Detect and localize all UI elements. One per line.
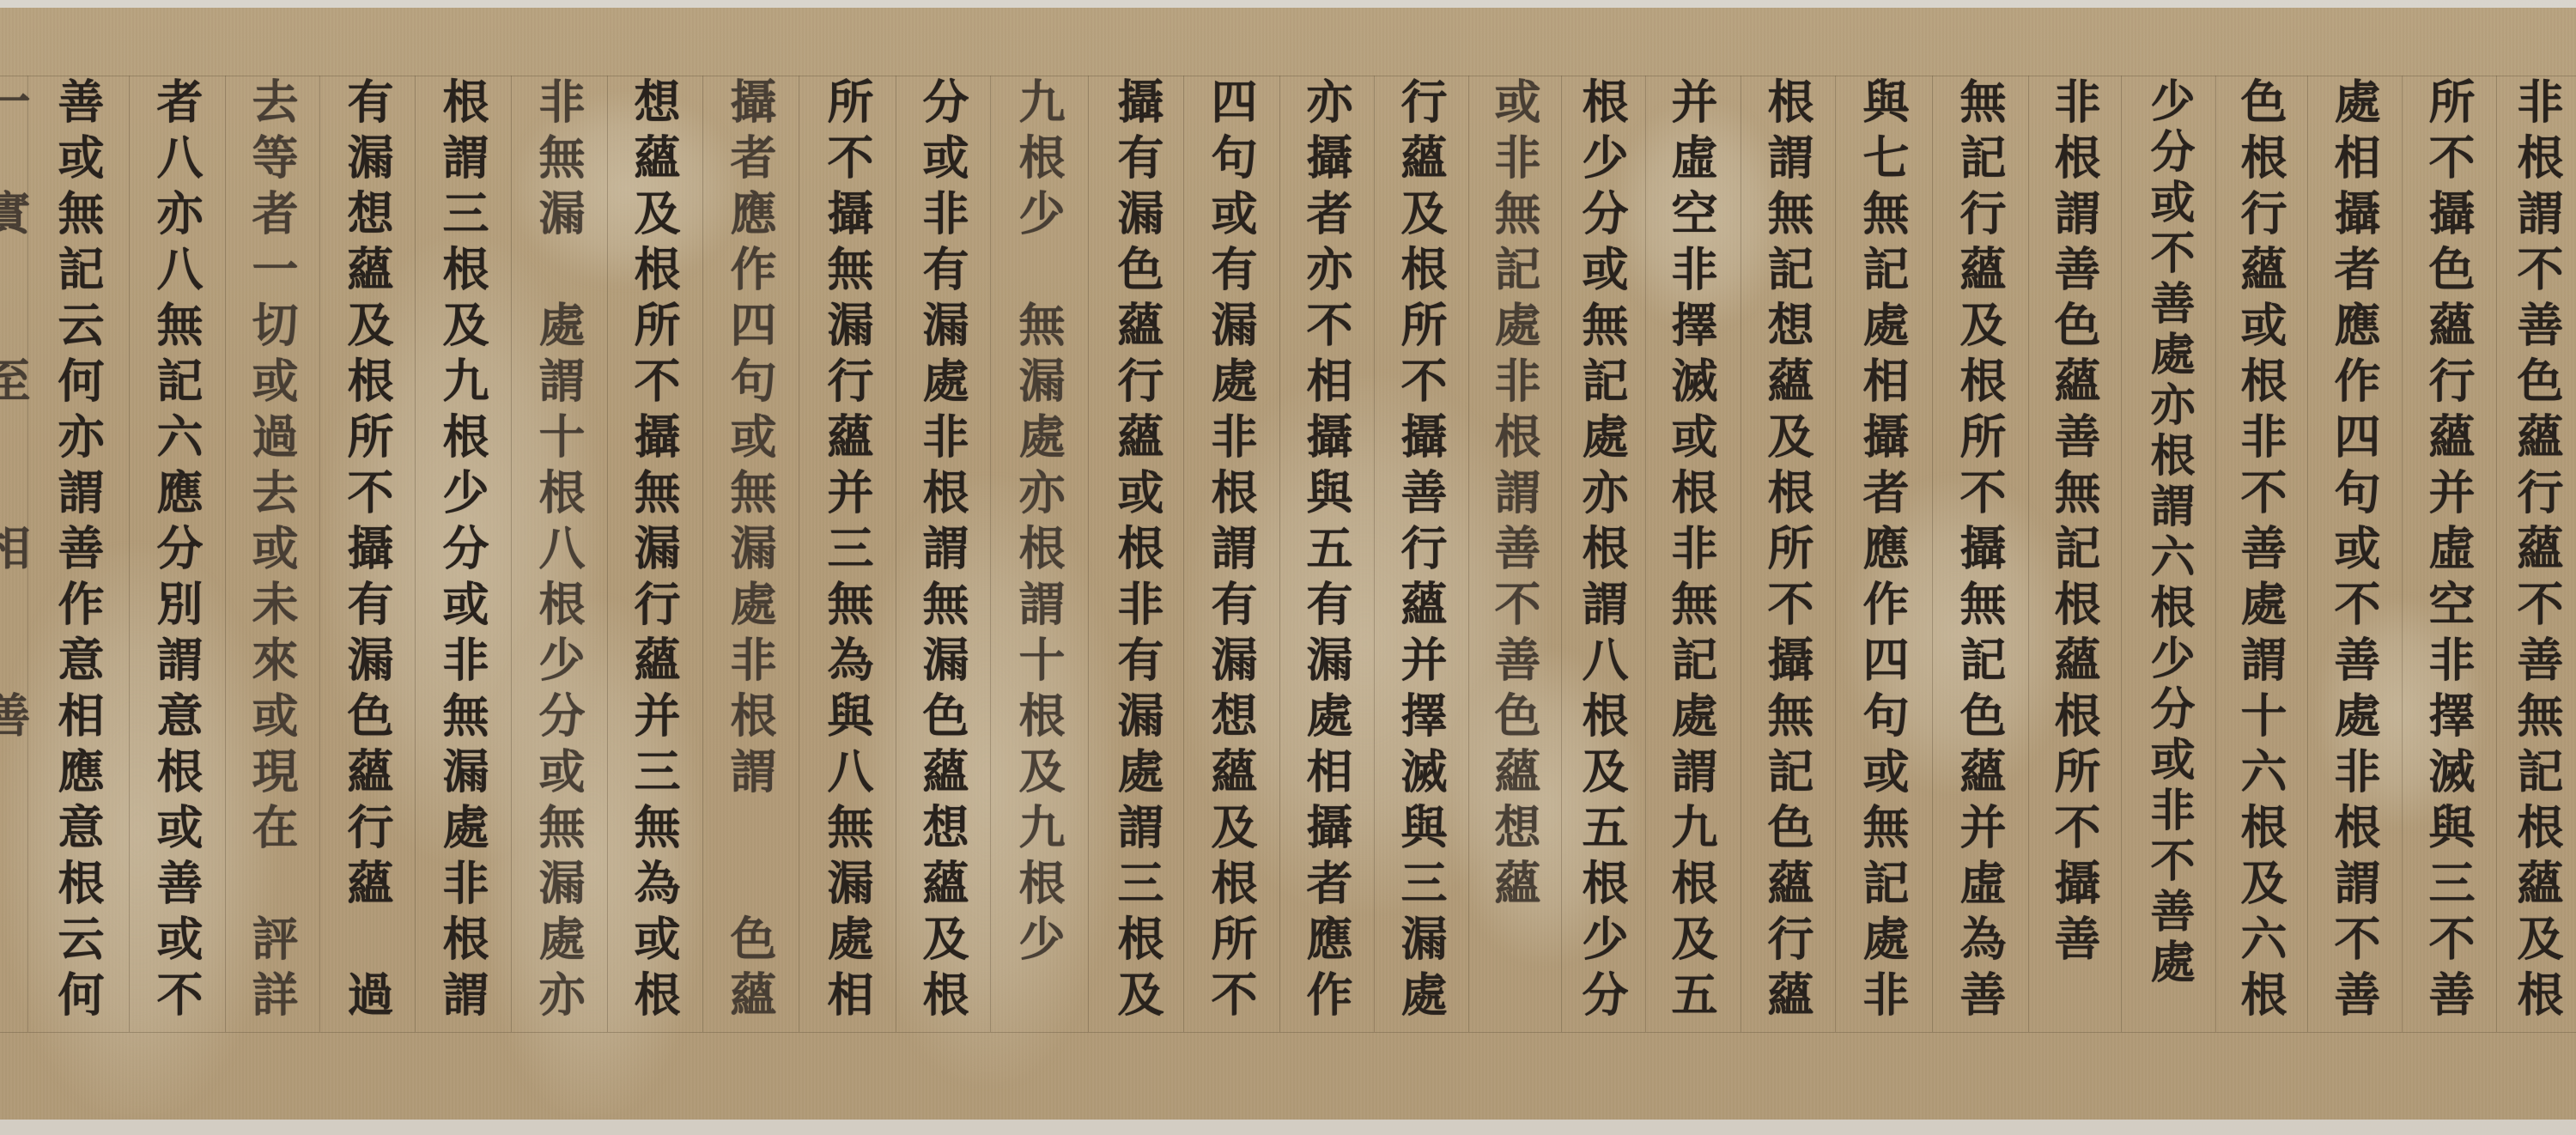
column-ruling-line (129, 76, 130, 1032)
text-column: 攝有漏色蘊行蘊或根非有漏處謂三根及 (1108, 77, 1168, 1043)
bottom-margin-strip (0, 1120, 2576, 1135)
text-column: 非無漏 處謂十根八根少分或無漏處亦 (529, 77, 589, 1043)
text-column: 四句或有漏處非根謂有漏想蘊及根所不 (1201, 77, 1261, 1043)
text-column: 根謂無記想蘊及根所不攝無記色蘊行蘊 (1758, 77, 1818, 1043)
column-ruling-line (1932, 76, 1933, 1032)
text-column: 亦攝者亦不相攝與五有漏處相攝者應作 (1297, 77, 1357, 1043)
top-margin-strip (0, 0, 2576, 8)
text-column: 分或非有漏處非根謂無漏色蘊想蘊及根 (913, 77, 973, 1043)
column-ruling-line (607, 76, 608, 1032)
text-column: 無記行蘊及根所不攝無記色蘊并虛為善 (1950, 77, 2010, 1043)
text-column: 九根少 無漏處亦根謂十根及九根少 (1009, 77, 1069, 1043)
text-column: 根少分或無記處亦根謂八根及五根少分 (1572, 77, 1632, 1043)
column-ruling-line (1645, 76, 1646, 1032)
column-ruling-line (1835, 76, 1836, 1032)
column-ruling-line (1561, 76, 1562, 1032)
column-ruling-line (225, 76, 226, 1032)
column-ruling-line (2496, 76, 2497, 1032)
text-column: 少分或不善處亦根謂六根少分或非不善處 (2138, 77, 2198, 1043)
text-column: 有漏想蘊及根所不攝有漏色蘊行蘊 過 (337, 77, 398, 1043)
column-ruling-line (319, 76, 320, 1032)
column-ruling-line (1183, 76, 1184, 1032)
text-column: 非根謂不善色蘊行蘊不善無記根蘊及根 (2507, 77, 2567, 1043)
column-ruling-line (2215, 76, 2216, 1032)
column-ruling-line (2121, 76, 2122, 1032)
column-ruling-line (1374, 76, 1375, 1032)
column-ruling-line (2402, 76, 2403, 1032)
text-column: 與七無記處相攝者應作四句或無記處非 (1853, 77, 1913, 1043)
text-column: 攝者應作四句或無漏處非根謂 色蘊 (720, 77, 781, 1043)
text-column: 非根謂善色蘊善無記根蘊根所不攝善 (2044, 77, 2105, 1043)
text-column: 色根行蘊或根非不善處謂十六根及六根 (2231, 77, 2291, 1043)
column-ruling-line (2028, 76, 2029, 1032)
text-column: 者八亦八無記六應分別謂意根或善或不 (147, 77, 207, 1043)
column-ruling-line (990, 76, 991, 1032)
column-ruling-line (1468, 76, 1469, 1032)
text-column: 所不攝色蘊行蘊并虛空非擇滅與三不善 (2419, 77, 2479, 1043)
column-ruling-line (2307, 76, 2308, 1032)
column-ruling-line (511, 76, 512, 1032)
text-column: 善或無記云何亦謂善作意相應意根云何 (48, 77, 108, 1043)
text-column: 行蘊及根所不攝善行蘊并擇滅與三漏處 (1391, 77, 1451, 1043)
text-column: 或非無記處非根謂善不善色蘊想蘊 (1485, 77, 1545, 1043)
text-column-clipped: 一 實 至 相 善 (0, 77, 34, 1043)
text-column: 所不攝無漏行蘊并三無為與八無漏處相 (817, 77, 878, 1043)
column-ruling-line (1741, 76, 1741, 1032)
column-ruling-line (1279, 76, 1280, 1032)
text-column: 并虛空非擇滅或根非無記處謂九根及五 (1662, 77, 1722, 1043)
text-column: 處相攝者應作四句或不善處非根謂不善 (2324, 77, 2385, 1043)
column-ruling-line (702, 76, 703, 1032)
column-ruling-line (799, 76, 799, 1032)
column-ruling-line (896, 76, 896, 1032)
water-stain (0, 549, 275, 1116)
text-column: 根謂三根及九根少分或非無漏處非根謂 (433, 77, 493, 1043)
top-ruling-line (0, 76, 2576, 76)
column-ruling-line (1088, 76, 1089, 1032)
water-stain (859, 481, 1116, 1082)
column-ruling-line (415, 76, 416, 1032)
text-column: 去等者一切或過去或未來或現在 評詳 (242, 77, 302, 1043)
text-column: 想蘊及根所不攝無漏行蘊并三無為或根 (624, 77, 684, 1043)
